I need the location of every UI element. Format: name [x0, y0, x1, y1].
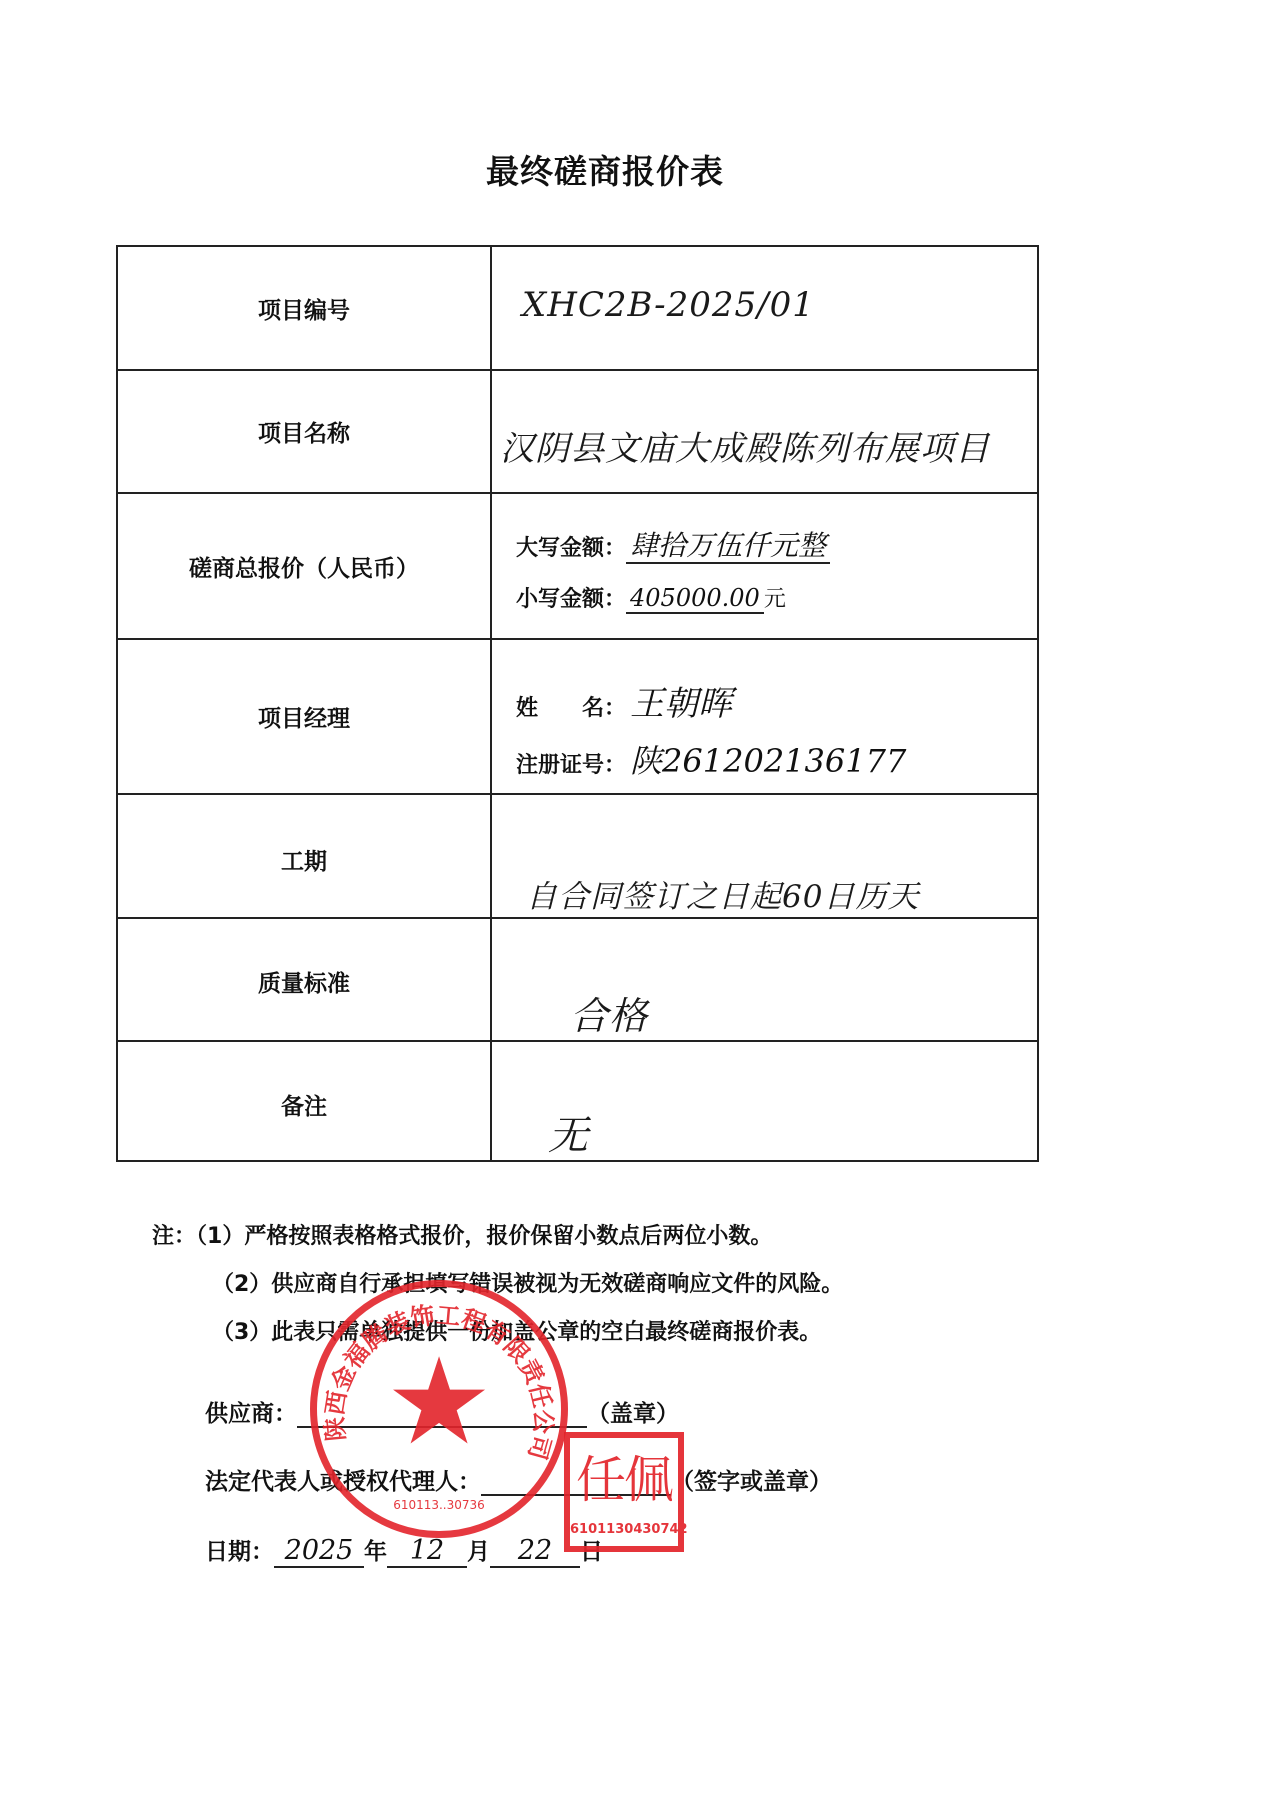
- row-total-quote: 磋商总报价（人民币） 大写金额：肆拾万伍仟元整 小写金额：405000.00元: [118, 494, 1037, 640]
- label-remarks: 备注: [118, 1042, 492, 1160]
- registration-number-value: 陕261202136177: [626, 742, 910, 780]
- label-project-manager: 项目经理: [118, 640, 492, 793]
- label-quality-standard: 质量标准: [118, 919, 492, 1040]
- value-cell-project-number: XHC2B-2025/01: [492, 247, 1037, 369]
- project-name-value: 汉阴县文庙大成殿陈列布展项目: [500, 421, 990, 470]
- amount-in-words-field: 大写金额：肆拾万伍仟元整: [516, 524, 830, 564]
- date-year: 2025: [274, 1535, 364, 1568]
- personal-seal-name: 任佩: [570, 1438, 678, 1522]
- svg-text:610113..30736: 610113..30736: [393, 1498, 485, 1512]
- amount-unit: 元: [764, 587, 786, 612]
- row-duration: 工期 自合同签订之日起60日历天: [118, 795, 1037, 919]
- value-cell-project-name: 汉阴县文庙大成殿陈列布展项目: [492, 371, 1037, 492]
- amount-in-words-value: 肆拾万伍仟元整: [626, 529, 830, 564]
- manager-name-field: 姓 名：王朝晖: [516, 676, 736, 725]
- star-icon: ★: [385, 1343, 493, 1463]
- quality-standard-value: 合格: [570, 985, 648, 1040]
- row-project-name: 项目名称 汉阴县文庙大成殿陈列布展项目: [118, 371, 1037, 494]
- value-cell-total-quote: 大写金额：肆拾万伍仟元整 小写金额：405000.00元: [492, 494, 1037, 638]
- label-project-number: 项目编号: [118, 247, 492, 369]
- row-project-manager: 项目经理 姓 名：王朝晖 注册证号：陕261202136177: [118, 640, 1037, 795]
- manager-name-value: 王朝晖: [626, 684, 736, 724]
- date-month: 12: [387, 1535, 467, 1568]
- label-duration: 工期: [118, 795, 492, 917]
- representative-suffix: （签字或盖章）: [671, 1469, 832, 1495]
- duration-value: 自合同签订之日起60日历天: [526, 871, 919, 916]
- row-remarks: 备注 无: [118, 1042, 1037, 1160]
- row-quality-standard: 质量标准 合格: [118, 919, 1037, 1042]
- quotation-table: 项目编号 XHC2B-2025/01 项目名称 汉阴县文庙大成殿陈列布展项目 磋…: [116, 245, 1039, 1162]
- personal-seal: 任佩 6101130430742: [564, 1432, 684, 1552]
- date-label: 日期：: [205, 1539, 274, 1565]
- note-item-1: 注：（1）严格按照表格格式报价，报价保留小数点后两位小数。: [152, 1213, 843, 1261]
- remarks-value: 无: [548, 1104, 589, 1161]
- date-line: 日期：2025年12月22日: [205, 1533, 603, 1568]
- amount-in-figures-field: 小写金额：405000.00元: [516, 582, 786, 613]
- company-seal: 陕西金福腾装饰工程有限责任公司 610113..30736 ★: [310, 1280, 568, 1538]
- manager-name-label: 姓 名：: [516, 696, 626, 721]
- amount-in-words-label: 大写金额：: [516, 536, 626, 561]
- amount-in-figures-label: 小写金额：: [516, 587, 626, 612]
- notes-prefix: 注：: [152, 1224, 196, 1249]
- label-total-quote: 磋商总报价（人民币）: [118, 494, 492, 638]
- value-cell-duration: 自合同签订之日起60日历天: [492, 795, 1037, 917]
- project-number-value: XHC2B-2025/01: [522, 285, 815, 325]
- row-project-number: 项目编号 XHC2B-2025/01: [118, 247, 1037, 371]
- registration-number-label: 注册证号：: [516, 753, 626, 778]
- registration-number-field: 注册证号：陕261202136177: [516, 736, 910, 782]
- supplier-label: 供应商：: [205, 1401, 297, 1427]
- value-cell-project-manager: 姓 名：王朝晖 注册证号：陕261202136177: [492, 640, 1037, 793]
- value-cell-remarks: 无: [492, 1042, 1037, 1160]
- value-cell-quality-standard: 合格: [492, 919, 1037, 1040]
- personal-seal-code: 6101130430742: [570, 1522, 678, 1537]
- supplier-suffix: （盖章）: [587, 1401, 679, 1427]
- document-title: 最终磋商报价表: [0, 146, 1210, 193]
- amount-in-figures-value: 405000.00: [626, 584, 764, 614]
- label-project-name: 项目名称: [118, 371, 492, 492]
